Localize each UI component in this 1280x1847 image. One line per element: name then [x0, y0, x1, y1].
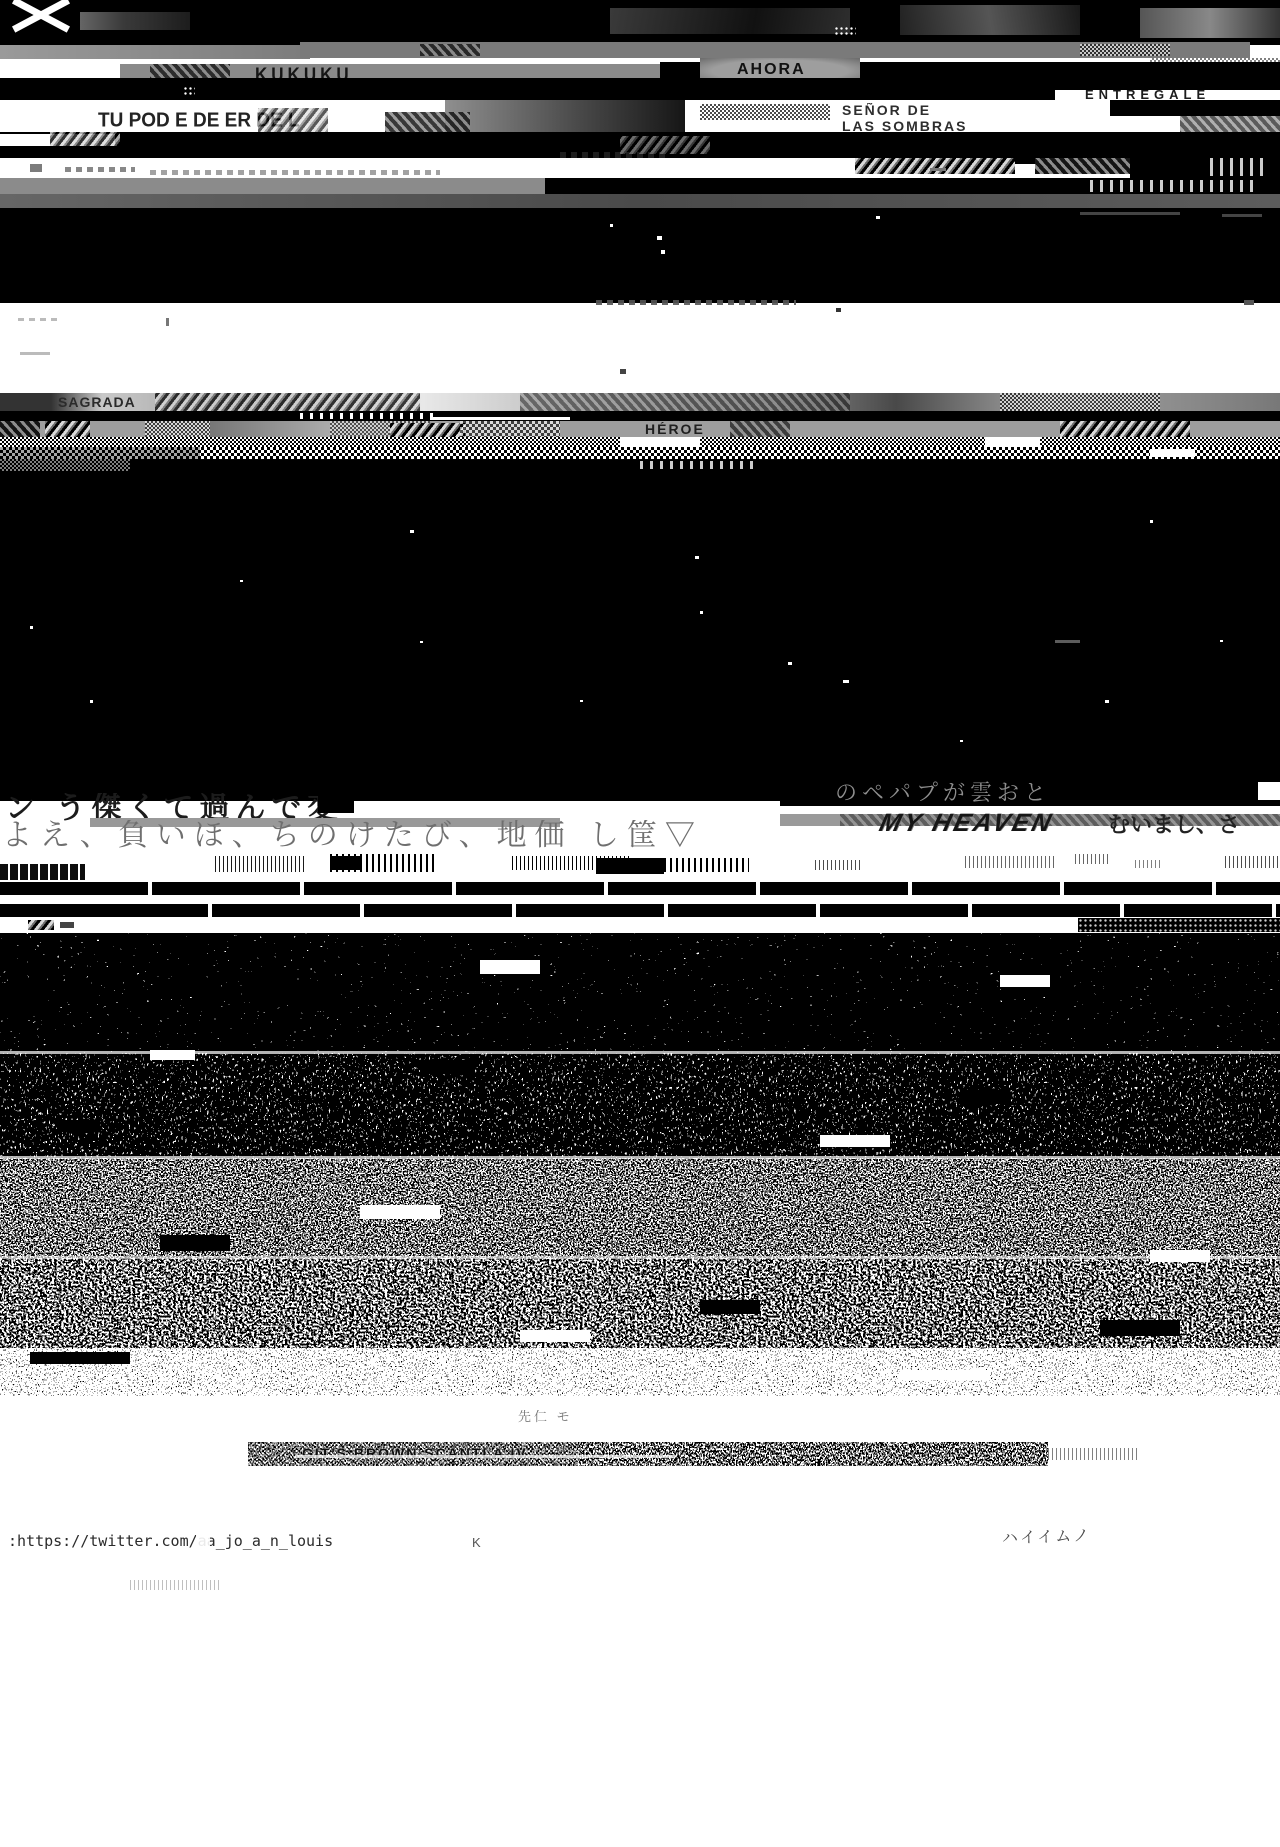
hatch-fragment [420, 44, 480, 56]
black-stub [318, 793, 354, 813]
ink-blob [30, 1352, 130, 1364]
glitch-band [0, 178, 545, 194]
ink-blob [420, 1060, 475, 1074]
ink-fleck [30, 164, 42, 172]
ink-fleck [166, 318, 169, 326]
glitch-cjk-line-2: よえ、負いほ、ちのけたび、地価 し筐▽ [2, 820, 777, 852]
ink-fleck [60, 922, 74, 928]
ink-blob [0, 988, 48, 1010]
white-slit-fragment [1090, 180, 1260, 192]
glitch-cut [1055, 86, 1280, 90]
ink-blob [250, 982, 335, 1002]
black-panel [0, 471, 1280, 801]
hatch-fragment [1060, 421, 1190, 437]
ink-fleck [28, 920, 54, 930]
hatch-fragment [520, 393, 850, 411]
dither-fragment [145, 421, 210, 437]
art-smudge [445, 100, 685, 136]
glitch-slice [196, 1532, 210, 1552]
dither-fragment [700, 104, 830, 120]
white-blob [150, 1050, 195, 1060]
white-speck [420, 641, 423, 643]
ink-blob [700, 1300, 760, 1314]
white-speck [695, 556, 699, 559]
black-panel [0, 208, 1280, 303]
white-speck [960, 740, 963, 742]
white-slit-fragment [640, 461, 760, 469]
ink-blob [875, 1012, 935, 1030]
dither-fragment [460, 421, 560, 437]
katakana-fragment: ハイイムノ [1002, 1528, 1092, 1548]
gray-dash [1055, 640, 1080, 643]
white-line [430, 417, 570, 420]
white-speck [843, 680, 849, 683]
ink-blob [960, 1090, 1010, 1104]
white-blob [900, 1370, 990, 1380]
gray-dash [1080, 212, 1180, 215]
glitch-band [0, 194, 1280, 208]
barcode-bits [1135, 860, 1160, 868]
white-speck [30, 626, 33, 629]
noise-field-4 [0, 1258, 1280, 1348]
inverted-text-band: のペパプが雲おと [780, 778, 1280, 806]
white-blob [480, 960, 540, 974]
speech-text-senor-de: SEÑOR DE [842, 103, 931, 118]
white-speck [240, 580, 243, 582]
ink-blob [160, 1235, 230, 1251]
glitch-cjk-small: 先仁 モ [518, 1410, 573, 1424]
glitch-band [1110, 100, 1280, 116]
glitch-band [0, 45, 310, 59]
ink-blob [585, 998, 663, 1016]
white-notches [0, 904, 1280, 917]
white-speck [700, 611, 703, 614]
art-smudge [210, 421, 330, 437]
white-speck [1150, 520, 1153, 523]
white-speck [580, 700, 583, 702]
noise-gap [0, 1256, 1280, 1259]
white-blob [1150, 1250, 1210, 1262]
art-smudge [1140, 8, 1280, 38]
barcode-bits [664, 858, 749, 872]
glitch-watermark-my-heaven: MY HEAVEN [877, 810, 1057, 836]
ink-blob [60, 1120, 100, 1132]
art-smudge [900, 5, 1080, 35]
white-speck [657, 236, 662, 240]
barcode-bits [0, 864, 85, 880]
white-gap [985, 437, 1040, 447]
ink-blob [1205, 942, 1265, 960]
glitch-x-mark [12, 0, 70, 36]
ink-fleck [620, 369, 626, 374]
white-blob [360, 1205, 440, 1219]
glitch-cjk-trailer: むいまし、さ [1108, 813, 1240, 836]
barcode-bits [130, 1580, 220, 1590]
hatch-fragment [50, 132, 120, 146]
white-speck [788, 662, 792, 665]
barcode-bits [965, 856, 1055, 868]
white-speck [1105, 700, 1109, 703]
ink-blob [1100, 1320, 1180, 1336]
art-smudge [80, 12, 190, 30]
noise-field-5 [0, 1348, 1280, 1396]
white-speck [610, 224, 613, 227]
white-speck [1220, 640, 1223, 642]
shade-overlay [0, 447, 200, 459]
white-speck [661, 250, 665, 254]
white-notches [0, 882, 1280, 895]
hatch-fragment [1035, 158, 1130, 174]
dither-fragment [1000, 393, 1160, 411]
hatch-fragment [855, 158, 1015, 174]
ink-fleck [20, 352, 50, 355]
white-speck [410, 530, 414, 533]
white-slit-fragment [300, 413, 440, 419]
hatch-fragment [390, 423, 465, 437]
smudged-text-row [150, 170, 440, 175]
speech-text-sagrada: SAGRADA [58, 395, 136, 410]
smudged-text-row [18, 318, 58, 321]
hatch-fragment [730, 421, 790, 437]
white-blob [820, 1135, 890, 1147]
glitch-slice [295, 1455, 675, 1458]
source-url-text: :https://twitter.com/aa_jo_a_n_louis [8, 1534, 333, 1550]
barcode-bits [1075, 854, 1110, 864]
glitch-band [0, 411, 1280, 421]
credit-text: GIT'S BROWN SCANTLA IV [302, 1446, 528, 1461]
ink-fleck [1244, 300, 1254, 305]
smudged-text-row [596, 300, 796, 305]
stray-letter: K [472, 1536, 481, 1550]
noise-gap [0, 1156, 1280, 1159]
white-patch [1258, 782, 1280, 800]
white-speck-cluster [834, 26, 856, 35]
ink-fleck [836, 308, 841, 312]
white-blob [520, 1330, 590, 1342]
ink-blob [596, 858, 664, 874]
white-blob [1000, 975, 1050, 987]
barcode-bits [1225, 856, 1280, 868]
hatch-fragment [45, 421, 90, 437]
white-speck-cluster [1078, 918, 1280, 932]
barcode-bits [815, 860, 860, 870]
noise-field-1 [0, 933, 1280, 1053]
white-speck [876, 216, 880, 219]
speech-text-heroe: HÉROE [645, 422, 705, 437]
ink-blob [330, 856, 360, 870]
glitch-cjk-inverted: のペパプが雲おと [835, 781, 1051, 804]
white-speck [90, 700, 93, 703]
hatch-fragment [0, 421, 40, 437]
white-slit-fragment [1210, 158, 1270, 176]
art-smudge [610, 8, 850, 34]
ink-fleck [930, 168, 946, 171]
smudged-text-row [65, 167, 135, 172]
barcode-bits [215, 856, 305, 872]
corrupted-manga-page: KUKUKU AHORA ENTREGALE TU POD E DE ER DE… [0, 0, 1280, 1847]
white-gap [1150, 449, 1195, 457]
dither-fragment [1080, 44, 1170, 56]
gray-dash [1222, 214, 1262, 217]
white-speck-cluster [183, 86, 195, 95]
barcode-bits [1048, 1448, 1138, 1460]
white-gap [620, 437, 700, 447]
hatch-fragment [155, 393, 420, 411]
noise-field-2 [0, 1053, 1280, 1158]
speckle-row [0, 1408, 1280, 1424]
speech-text-ahora: AHORA [737, 62, 806, 79]
